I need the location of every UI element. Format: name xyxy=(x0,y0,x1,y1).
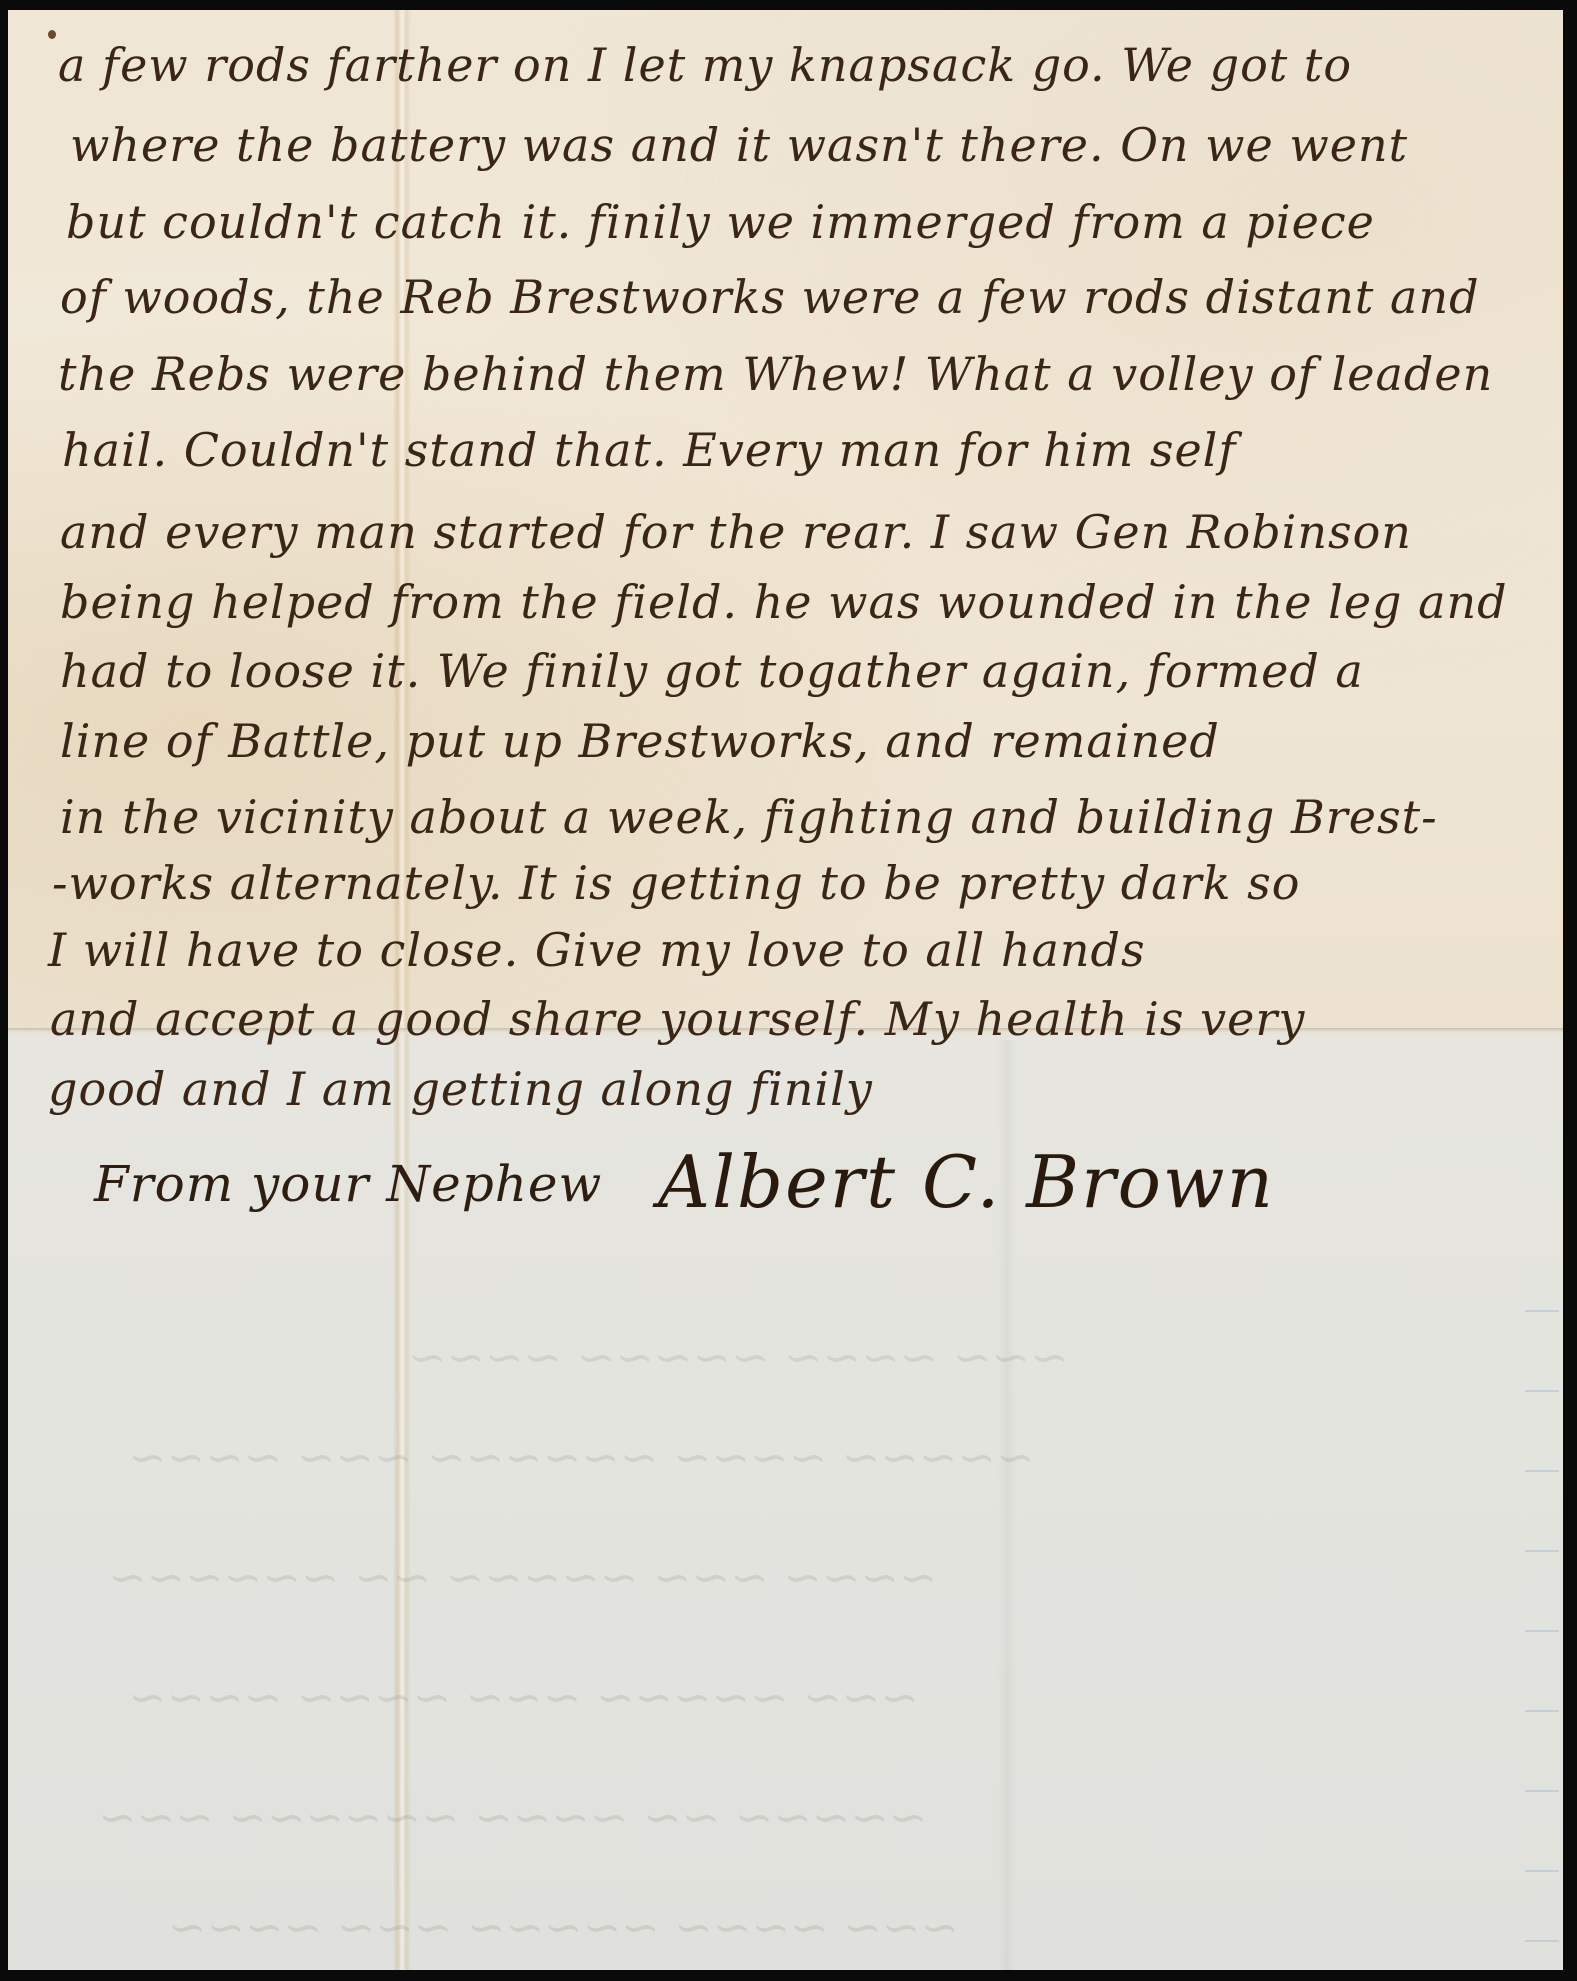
letter-closing: From your Nephew xyxy=(94,1155,602,1213)
letter-line-1: a few rods farther on I let my knapsack … xyxy=(58,38,1352,92)
letter-line-6: hail. Couldn't stand that. Every man for… xyxy=(62,423,1236,477)
letter-line-2: where the battery was and it wasn't ther… xyxy=(70,118,1408,172)
letter-line-14: and accept a good share yourself. My hea… xyxy=(50,992,1305,1046)
letter-line-9: had to loose it. We finily got togather … xyxy=(60,644,1364,698)
letter-line-8: being helped from the field. he was woun… xyxy=(60,575,1508,629)
letter-line-4: of woods, the Reb Brestworks were a few … xyxy=(60,270,1480,324)
letter-line-12: -works alternately. It is getting to be … xyxy=(52,856,1300,910)
scan-border: ~~~ ~~~~ ~~~~~ ~~~~ ~~~~~ ~~~~ ~~~~~~ ~~… xyxy=(0,0,1577,1981)
bleed-through-text: ~~~ ~~~~~ ~~~ ~~~~ ~~~~ xyxy=(128,1670,919,1724)
letter-line-13: I will have to close. Give my love to al… xyxy=(48,923,1146,977)
letter-signature: Albert C. Brown xyxy=(658,1140,1275,1224)
bleed-through-text: ~~~~ ~~~ ~~~~~ ~~ ~~~~~~ xyxy=(108,1550,937,1604)
bleed-through-text: ~~~~~ ~~~~ ~~~~~~ ~~~ ~~~~ xyxy=(128,1430,1034,1484)
ink-speck xyxy=(48,30,56,39)
letter-line-11: in the vicinity about a week, fighting a… xyxy=(60,790,1438,844)
letter-line-10: line of Battle, put up Brestworks, and r… xyxy=(60,714,1220,768)
ruled-margin-ticks xyxy=(1523,1310,1559,1950)
letter-line-7: and every man started for the rear. I sa… xyxy=(60,505,1412,559)
letter-page: ~~~ ~~~~ ~~~~~ ~~~~ ~~~~~ ~~~~ ~~~~~~ ~~… xyxy=(8,10,1563,1970)
letter-line-3: but couldn't catch it. finily we immerge… xyxy=(66,195,1375,249)
bleed-through-text: ~~~~~ ~~ ~~~~ ~~~~~~ ~~~ xyxy=(98,1790,927,1844)
letter-line-5: the Rebs were behind them Whew! What a v… xyxy=(58,347,1493,401)
letter-line-15: good and I am getting along finily xyxy=(48,1062,873,1116)
bleed-through-text: ~~~ ~~~~ ~~~~~ ~~~ ~~~~ xyxy=(168,1900,959,1954)
bleed-through-text: ~~~ ~~~~ ~~~~~ ~~~~ xyxy=(408,1330,1069,1384)
